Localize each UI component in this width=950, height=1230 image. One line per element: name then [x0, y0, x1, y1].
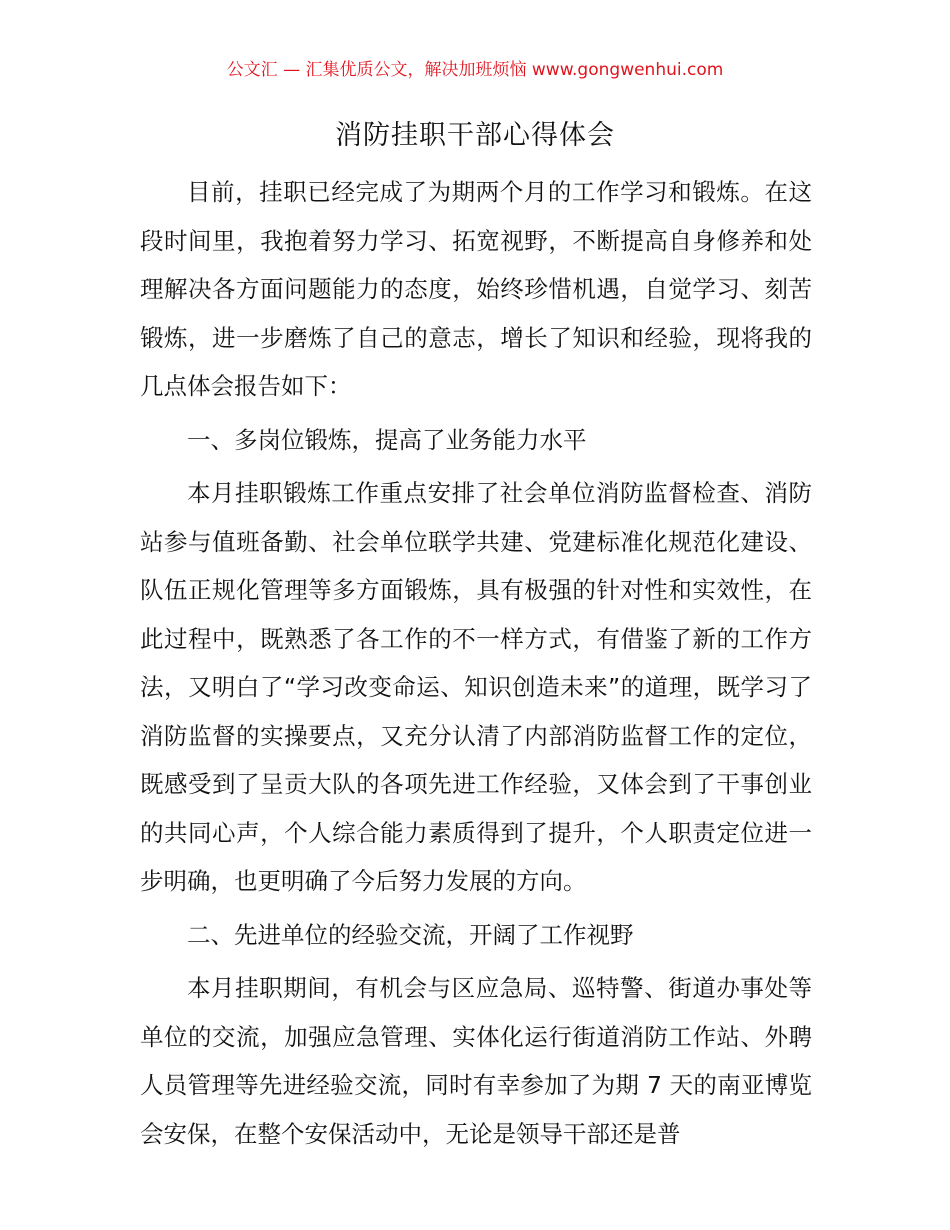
- section-heading-1: 一、多岗位锻炼，提高了业务能力水平: [140, 416, 812, 465]
- intro-paragraph: 目前，挂职已经完成了为期两个月的工作学习和锻炼。在这段时间里，我抱着努力学习、拓…: [140, 168, 812, 411]
- section-2-paragraph: 本月挂职期间，有机会与区应急局、巡特警、街道办事处等单位的交流，加强应急管理、实…: [140, 964, 812, 1158]
- section-1-paragraph: 本月挂职锻炼工作重点安排了社会单位消防监督检查、消防站参与值班备勤、社会单位联学…: [140, 469, 812, 906]
- document-title: 消防挂职干部心得体会: [0, 116, 950, 156]
- watermark-header: 公文汇 — 汇集优质公文，解决加班烦恼 www.gongwenhui.com: [0, 58, 950, 82]
- section-heading-2: 二、先进单位的经验交流，开阔了工作视野: [140, 911, 812, 960]
- document-body: 目前，挂职已经完成了为期两个月的工作学习和锻炼。在这段时间里，我抱着努力学习、拓…: [140, 168, 812, 1163]
